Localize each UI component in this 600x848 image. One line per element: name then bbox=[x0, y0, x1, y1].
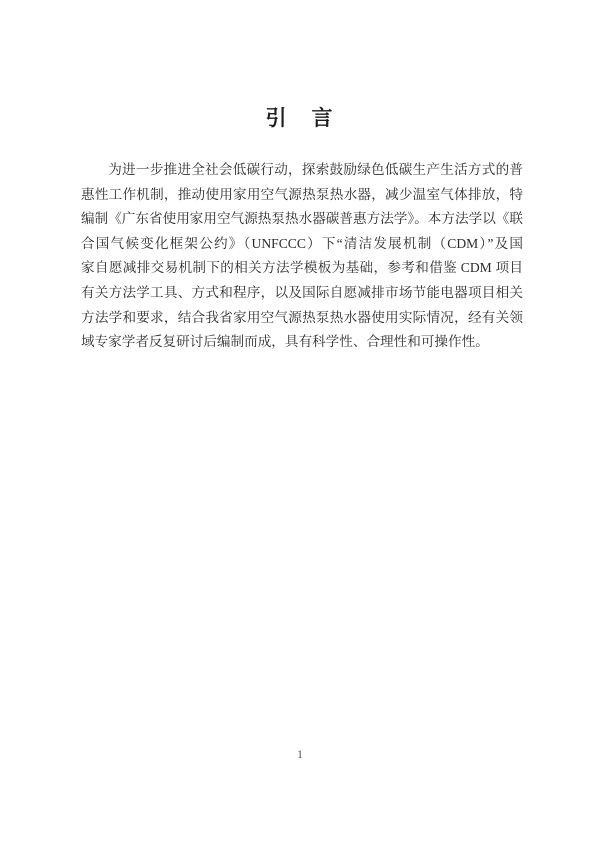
paragraph-line-6: 有关方法学工具、方式和程序，以及国际自愿减排市场节能电器项目相关 bbox=[81, 281, 523, 306]
page-number: 1 bbox=[0, 749, 600, 761]
paragraph-line-3: 编制《广东省使用家用空气源热泵热水器碳普惠方法学》。本方法学以《联 bbox=[81, 207, 523, 232]
paragraph-line-8: 域专家学者反复研讨后编制而成，具有科学性、合理性和可操作性。 bbox=[81, 330, 523, 355]
intro-paragraph: 为进一步推进全社会低碳行动，探索鼓励绿色低碳生产生活方式的普 惠性工作机制，推动… bbox=[81, 158, 523, 355]
paragraph-line-2: 惠性工作机制，推动使用家用空气源热泵热水器，减少温室气体排放，特 bbox=[81, 183, 523, 208]
paragraph-line-1: 为进一步推进全社会低碳行动，探索鼓励绿色低碳生产生活方式的普 bbox=[81, 158, 523, 183]
page-title: 引 言 bbox=[0, 102, 600, 132]
paragraph-line-7: 方法学和要求，结合我省家用空气源热泵热水器使用实际情况，经有关领 bbox=[81, 306, 523, 331]
document-page: 引 言 为进一步推进全社会低碳行动，探索鼓励绿色低碳生产生活方式的普 惠性工作机… bbox=[0, 0, 600, 848]
paragraph-line-4: 合国气候变化框架公约》（UNFCCC）下“清洁发展机制（CDM）”及国 bbox=[81, 232, 523, 257]
paragraph-line-5: 家自愿减排交易机制下的相关方法学模板为基础，参考和借鉴 CDM 项目 bbox=[81, 256, 523, 281]
